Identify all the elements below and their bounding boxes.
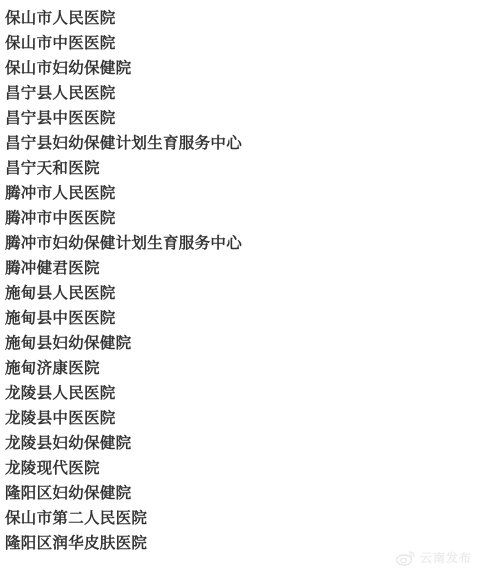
list-item: 隆阳区妇幼保健院 <box>5 481 242 506</box>
list-item: 施甸县中医医院 <box>5 306 242 331</box>
list-item: 施甸济康医院 <box>5 356 242 381</box>
list-item: 昌宁县中医医院 <box>5 106 242 131</box>
list-item: 昌宁县妇幼保健计划生育服务中心 <box>5 131 242 156</box>
list-item: 龙陵县人民医院 <box>5 381 242 406</box>
watermark: 云南发布 <box>396 549 472 566</box>
list-item: 腾冲市中医医院 <box>5 206 242 231</box>
list-item: 昌宁天和医院 <box>5 156 242 181</box>
list-item: 保山市妇幼保健院 <box>5 56 242 81</box>
list-item: 施甸县妇幼保健院 <box>5 331 242 356</box>
list-item: 龙陵县中医医院 <box>5 406 242 431</box>
hospital-list: 保山市人民医院 保山市中医医院 保山市妇幼保健院 昌宁县人民医院 昌宁县中医医院… <box>5 6 242 556</box>
list-item: 保山市人民医院 <box>5 6 242 31</box>
list-item: 腾冲市人民医院 <box>5 181 242 206</box>
list-item: 保山市中医医院 <box>5 31 242 56</box>
list-item: 保山市第二人民医院 <box>5 506 242 531</box>
list-item: 腾冲健君医院 <box>5 256 242 281</box>
list-item: 龙陵现代医院 <box>5 456 242 481</box>
list-item: 龙陵县妇幼保健院 <box>5 431 242 456</box>
list-item: 施甸县人民医院 <box>5 281 242 306</box>
list-item: 隆阳区润华皮肤医院 <box>5 531 242 556</box>
list-item: 昌宁县人民医院 <box>5 81 242 106</box>
list-item: 腾冲市妇幼保健计划生育服务中心 <box>5 231 242 256</box>
watermark-text: 云南发布 <box>420 549 472 566</box>
weibo-icon <box>396 550 416 566</box>
